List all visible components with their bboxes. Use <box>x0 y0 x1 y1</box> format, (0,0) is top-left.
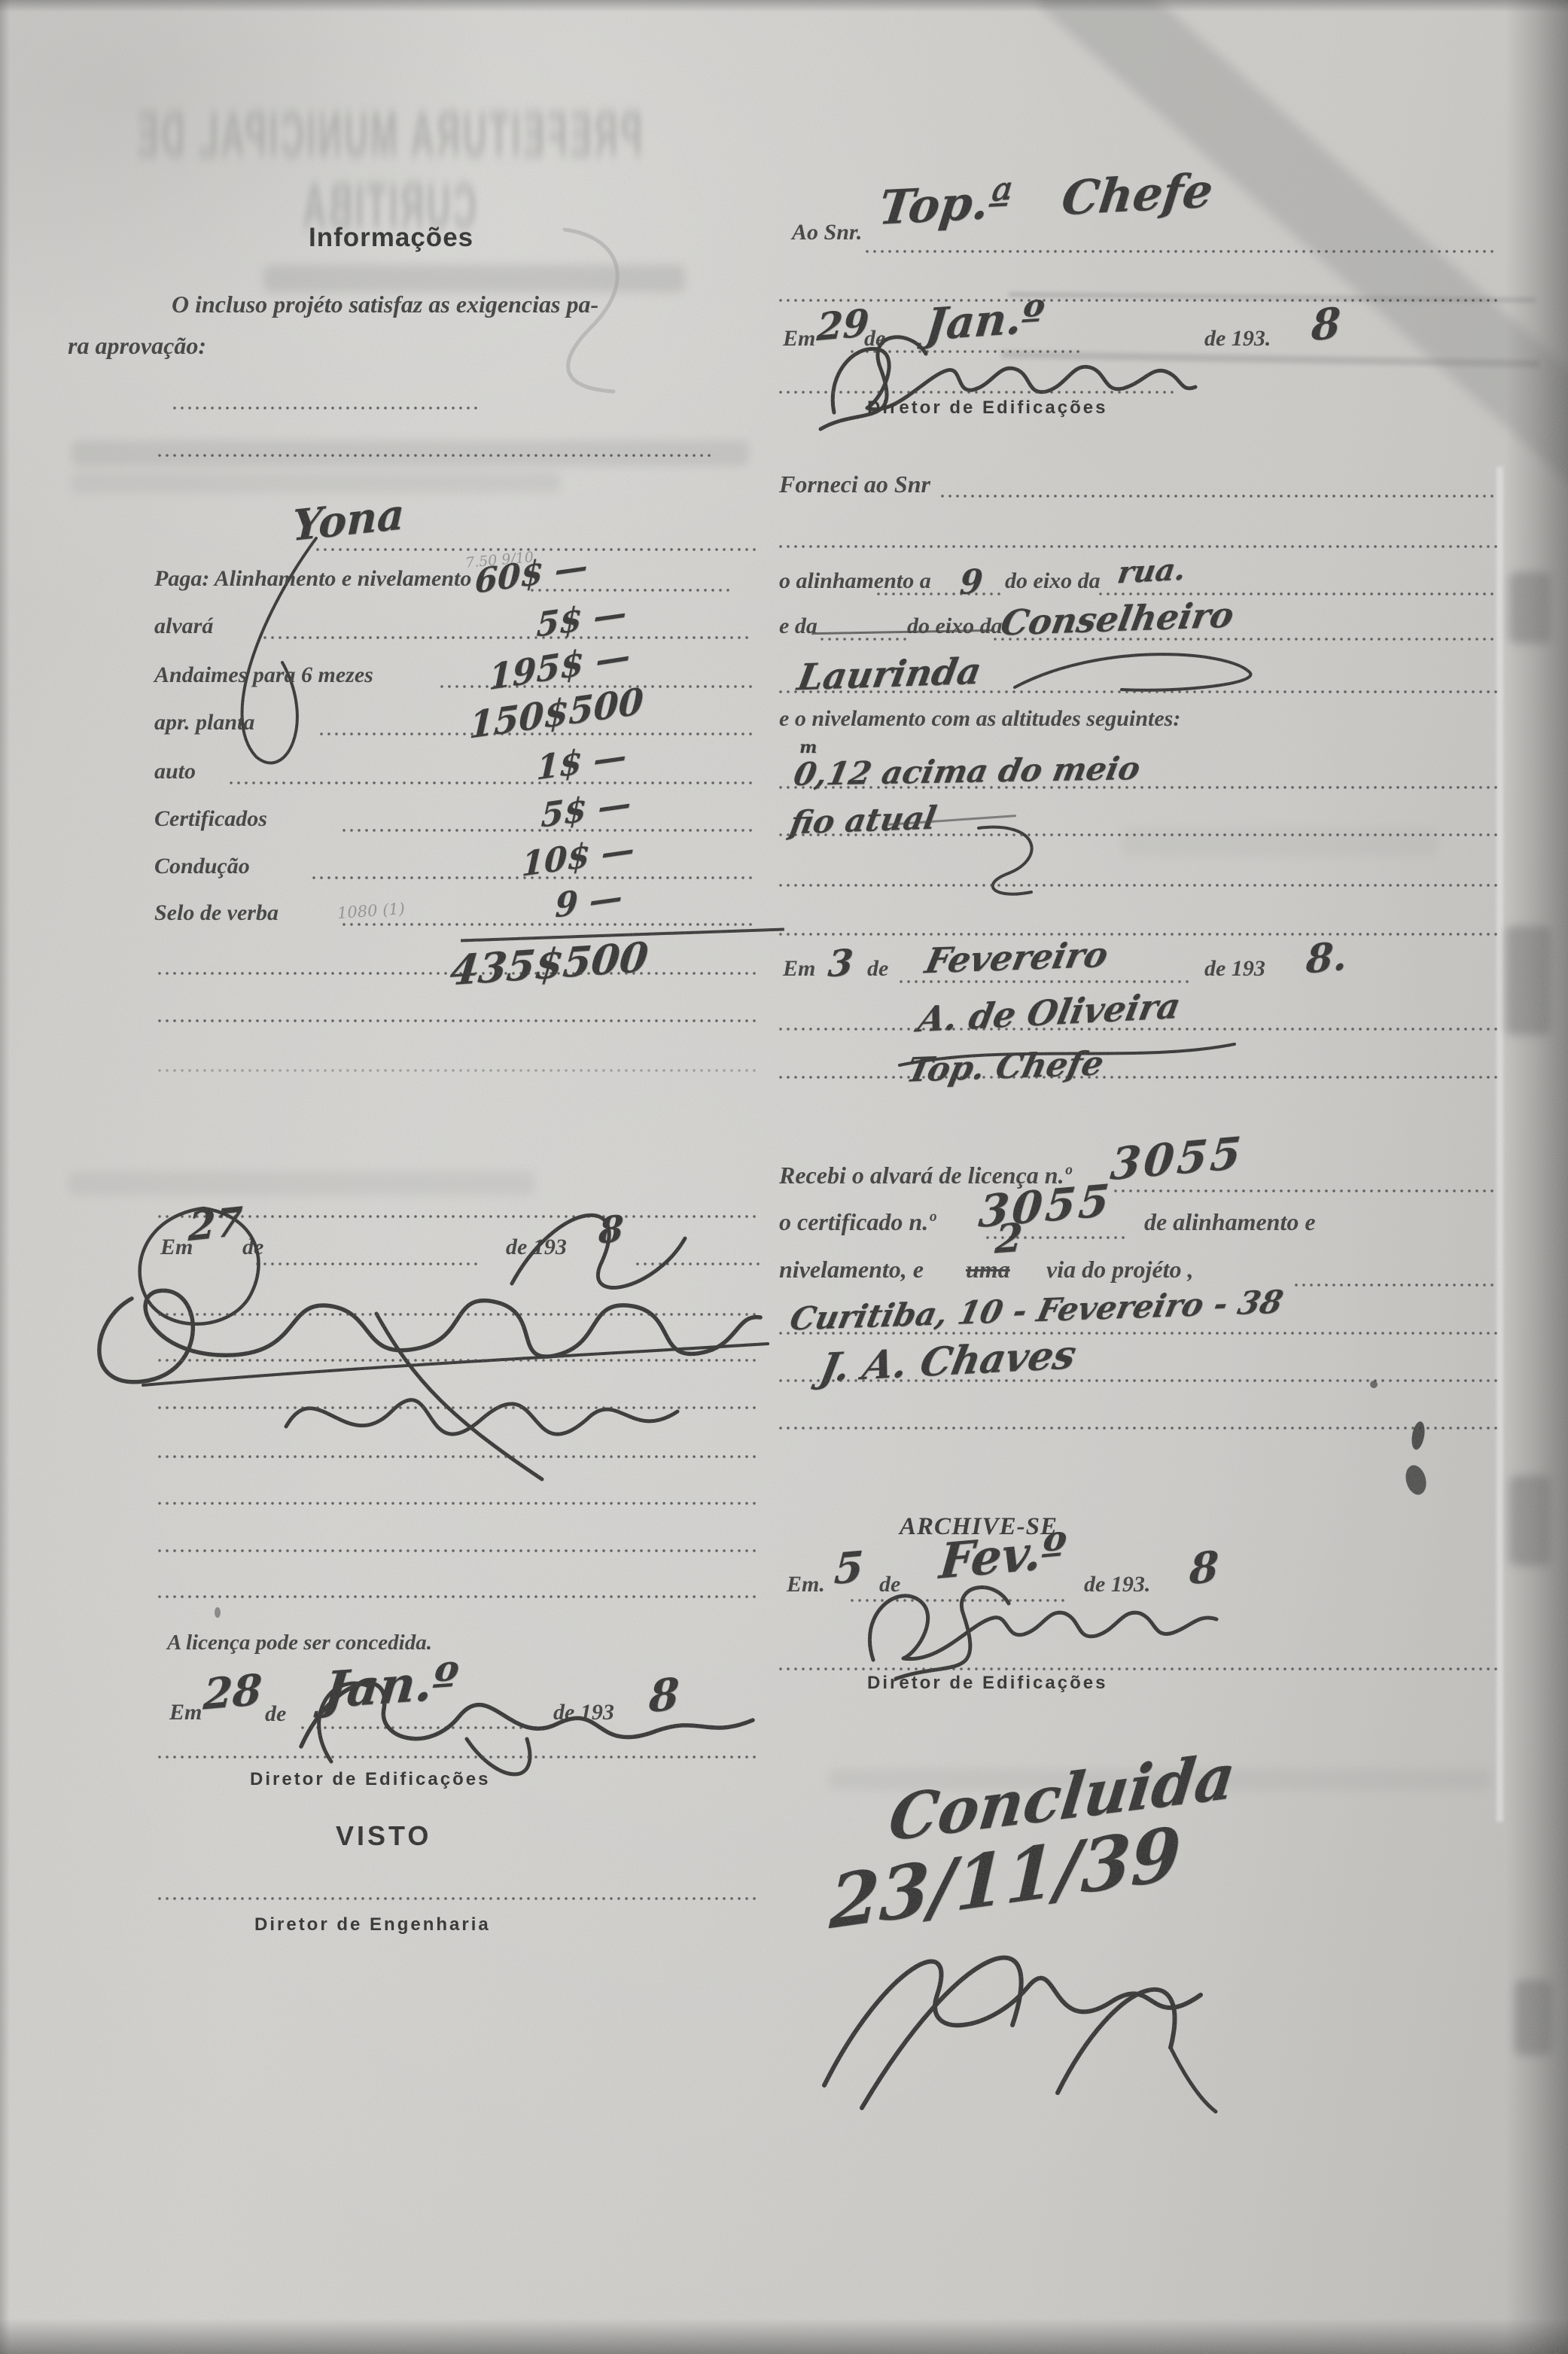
nivelamento-label: e o nivelamento com as altitudes seguint… <box>779 706 1180 732</box>
dotted-line <box>866 250 1498 254</box>
dotted-line <box>900 980 1193 984</box>
dotted-line <box>779 1332 1498 1335</box>
role-director-engenharia: Diretor de Engenharia <box>254 1914 491 1935</box>
dotted-line <box>779 1667 1498 1671</box>
dotted-line <box>158 1359 760 1363</box>
bleed-smudge <box>68 1171 534 1195</box>
page-bottom-edge <box>0 2319 1568 2354</box>
dotted-line <box>230 781 753 785</box>
date-month-handwritten: Fevereiro <box>921 934 1112 982</box>
alignment-value-handwritten: 9 <box>958 562 984 603</box>
alignment-street-handwritten: rua. <box>1115 551 1188 590</box>
page-left-edge <box>0 0 10 2354</box>
dotted-line <box>263 636 753 640</box>
dotted-line <box>1099 592 1498 596</box>
fee-value: 5$ — <box>540 784 632 836</box>
bleed-smudge <box>72 472 561 493</box>
signature-scribble <box>794 1897 1231 2115</box>
license-number-handwritten: 3055 <box>1108 1127 1246 1190</box>
signature-scribble <box>851 1570 1227 1683</box>
dotted-line <box>821 638 911 641</box>
date-em-label: Em. <box>787 1572 825 1597</box>
dotted-line <box>158 972 760 976</box>
ink-blot <box>1410 1421 1426 1451</box>
dotted-line <box>173 407 482 410</box>
dotted-line <box>158 1019 760 1023</box>
dotted-line <box>779 1379 1498 1383</box>
scanned-document-page: PREFEITURA MUNICIPAL DE CURITIBA Informa… <box>0 0 1568 2354</box>
dotted-line <box>158 1756 760 1759</box>
pencil-note: 1080 (1) <box>336 900 405 922</box>
fee-value: 9 — <box>555 877 623 925</box>
bleed-smudge <box>72 440 749 466</box>
date-de-label: de <box>265 1701 286 1727</box>
signature-flourish <box>203 519 331 775</box>
fee-label: apr. planta <box>154 710 254 735</box>
dotted-line <box>316 548 760 552</box>
dotted-line <box>877 592 1001 596</box>
fee-label: Condução <box>154 854 250 879</box>
dotted-line <box>779 1076 1498 1080</box>
role-director-edificacoes: Diretor de Edificações <box>867 1673 1107 1694</box>
dotted-line <box>779 545 1498 549</box>
dotted-line <box>779 299 1498 303</box>
dotted-line <box>994 638 1498 641</box>
alignment-pre-label: o alinhamento a <box>779 568 931 594</box>
date-de-label: de <box>867 956 888 982</box>
page-edge-highlight <box>1496 467 1503 1822</box>
date-year-handwritten: 8 <box>1311 298 1341 352</box>
visto-label: VISTO <box>336 1820 431 1852</box>
dotted-line <box>158 1549 760 1553</box>
signature-oliveira-role: Top. Chefe <box>903 1044 1107 1089</box>
dotted-line <box>158 1595 760 1599</box>
to-value-handwritten: Top.ª Chefe <box>876 163 1216 236</box>
fee-label: alvará <box>154 614 213 639</box>
dotted-line <box>779 1427 1498 1430</box>
place-date-handwritten: Curitiba, 10 - Fevereiro - 38 <box>787 1283 1286 1337</box>
altitude-superscript: m <box>799 738 817 757</box>
eda-street-handwritten: Conselheiro <box>997 594 1237 643</box>
dotted-line <box>779 786 1498 790</box>
fee-label: Selo de verba <box>154 900 279 926</box>
via-correction-handwritten: 2 <box>994 1215 1024 1263</box>
role-director-edificacoes: Diretor de Edificações <box>250 1769 490 1790</box>
to-label: Ao Snr. <box>792 220 862 245</box>
total-value: 435$500 <box>448 933 650 995</box>
dotted-line <box>343 923 753 927</box>
dotted-line <box>941 495 1498 498</box>
date-de193-label: de 193. <box>1204 326 1271 352</box>
fee-value: 1$ — <box>536 736 627 788</box>
dotted-line <box>531 589 730 592</box>
date-day-handwritten: 28 <box>202 1664 263 1719</box>
dotted-line <box>158 1406 760 1410</box>
fee-label: Certificados <box>154 806 267 832</box>
signature-scribble <box>813 324 1204 437</box>
date-em-label: Em <box>783 326 815 352</box>
pencil-mark <box>523 215 651 418</box>
dotted-line <box>158 1502 760 1506</box>
dotted-line <box>158 1313 760 1317</box>
forneci-label: Forneci ao Snr <box>779 470 930 498</box>
date-day-handwritten: 3 <box>827 942 854 986</box>
alignment-mid-label: do eixo da <box>1005 568 1101 594</box>
nivelamento2-label: nivelamento, e <box>779 1256 924 1284</box>
dotted-line <box>158 454 715 458</box>
date-em-label: Em <box>169 1700 202 1725</box>
date-year-handwritten: 8. <box>1305 933 1347 982</box>
fee-label: auto <box>154 759 196 784</box>
eda-pre-label: e da <box>779 614 817 639</box>
role-director-edificacoes: Diretor de Edificações <box>867 397 1107 419</box>
ink-speck <box>215 1607 221 1618</box>
dotted-line <box>779 1028 1498 1031</box>
certificate-label: o certificado n.º <box>779 1208 936 1236</box>
intro-line-2: ra aprovação: <box>68 332 206 360</box>
dotted-line <box>1295 1284 1498 1287</box>
dotted-line <box>779 391 1178 394</box>
edge-blotch <box>1509 572 1551 644</box>
dotted-line <box>158 1455 760 1459</box>
signature-oliveira: A. de Oliveira <box>915 985 1184 1040</box>
dotted-line <box>158 1897 760 1901</box>
date-em-label: Em <box>783 956 815 982</box>
signature-flourish <box>971 813 1061 903</box>
edge-blotch <box>1515 1980 1552 2055</box>
ink-blot <box>1402 1463 1429 1497</box>
ink-speck <box>1370 1381 1378 1388</box>
dotted-line <box>158 1069 760 1073</box>
bleed-smudge <box>1122 828 1438 857</box>
dotted-line <box>779 833 1498 837</box>
certificate-post-label: de alinhamento e <box>1144 1208 1316 1236</box>
edge-blotch <box>1509 1475 1551 1566</box>
via-post-label: via do projéto , <box>1046 1256 1194 1284</box>
section-title: Informações <box>309 223 473 253</box>
fee-label: Andaimes para 6 mezes <box>154 662 373 688</box>
dotted-line <box>779 933 1498 936</box>
signature-scribble <box>60 1193 775 1494</box>
page-top-edge <box>0 0 1568 12</box>
eda-mid-label: do eixo da <box>907 614 1003 639</box>
dotted-line <box>779 690 1498 694</box>
date-de193-label: de 193 <box>1204 956 1265 982</box>
fee-label: Paga: Alinhamento e nivelamento <box>154 566 471 592</box>
dotted-line <box>1114 1189 1498 1193</box>
edge-blotch <box>1506 926 1551 1035</box>
dotted-line <box>779 884 1498 888</box>
